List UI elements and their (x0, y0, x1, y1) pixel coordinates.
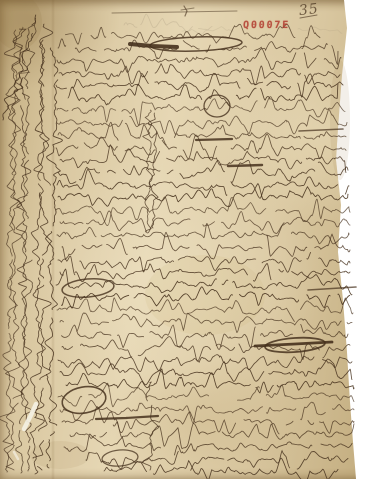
marginalia-line (142, 382, 159, 470)
handwriting-line (62, 407, 354, 434)
ink-stroke (130, 44, 177, 47)
handwriting-line (57, 97, 345, 125)
handwriting-line (58, 355, 352, 372)
ghost-line (298, 27, 342, 33)
handwriting-line (58, 122, 346, 145)
ink-stroke (181, 8, 194, 10)
ghost-line (124, 14, 212, 32)
handwriting-line (64, 434, 352, 455)
stain (0, 0, 42, 50)
archive-stamp: Q0007E (243, 20, 291, 32)
ink-stroke (96, 416, 158, 419)
handwriting-layer (0, 0, 370, 479)
flourish (101, 448, 138, 467)
handwriting-line (56, 73, 343, 97)
handwriting-line (60, 211, 350, 234)
stain (330, 60, 350, 180)
ink-stroke (196, 139, 232, 140)
folio-number: 35 (298, 2, 319, 18)
ink-stroke (184, 6, 187, 16)
ink-stroke (228, 165, 262, 166)
handwriting-line (57, 49, 341, 73)
handwriting-line (59, 64, 340, 85)
flourish (204, 95, 230, 117)
handwriting-line (57, 223, 349, 244)
handwriting-line (60, 359, 352, 385)
marginalia-line (27, 24, 53, 474)
ink-stroke (112, 11, 237, 13)
emphasis-strokes (96, 6, 356, 419)
handwriting-line (68, 84, 338, 106)
marginalia-line (0, 27, 23, 472)
marginalia-line (41, 48, 64, 468)
flourishes (60, 35, 325, 467)
stain (30, 441, 90, 469)
scratch-mark (14, 452, 18, 459)
handwriting-line (58, 160, 348, 183)
manuscript-scan: 35 Q0007E (0, 0, 370, 479)
main-text-block (56, 24, 354, 479)
marginalia-line (4, 30, 23, 470)
